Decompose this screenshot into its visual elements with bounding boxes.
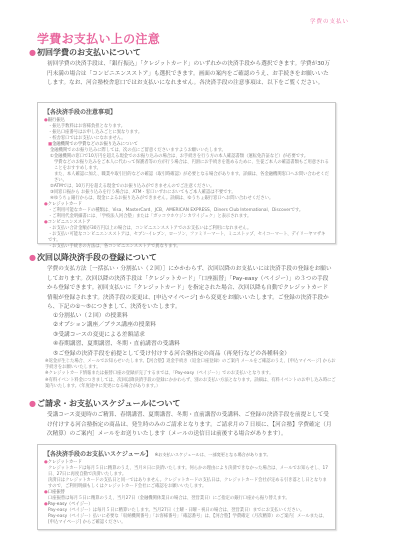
bullet-dot-icon: ● — [29, 48, 36, 57]
box-title: 【各決済手段の注意事項】 — [44, 107, 335, 116]
bank-label-text: 銀行振込 — [48, 118, 65, 123]
section1-paragraph: 初回学費の決済手段は、「銀行振込」「クレジットカード」のいずれかの決済手段から選… — [47, 60, 333, 89]
bullet-dot-icon: ● — [29, 253, 36, 262]
section3-heading: ●ご請求・お支払いスケジュールについて — [29, 398, 180, 409]
schedule-credit-line: クレジットカードは毎月５日に精算のうえ、当月８日に決済いたします。何らかの理由に… — [48, 466, 329, 478]
schedule-box-note: ※お支払いスケジュールは、一部変更となる場合があります。 — [155, 452, 271, 457]
list-item: ③受講コースの変更による差額請求 — [53, 331, 290, 340]
bank-sub-label-text: 金融機関での学費などのお振り込みについて — [52, 142, 138, 147]
note-item: ※有料イベント料金につきましては、次回以降決済手段の登録にかかわらず、別のお支払… — [45, 378, 337, 390]
section3-heading-text: ご請求・お支払いスケジュールについて — [37, 399, 180, 408]
billing-items-list: ①分割払い（２回）の授業料 ②オプション講座／プラス講座の授業料 ③受講コースの… — [53, 312, 290, 359]
list-item: ④春期講習、夏期講習、冬期・直前講習の受講料 — [53, 340, 290, 349]
page-title: 学費お支払い上の注意 — [37, 30, 160, 47]
list-item: ⑤ご登録の決済手段を前提として受け付けする河合塾指定の商品（再発行などの各種料金… — [53, 350, 290, 359]
list-item: ②オプション講座／プラス講座の授業料 — [53, 321, 290, 330]
bank-sub-line: また、本人確認に加え、職業や取引目的などの確認（取引時確認）が必要となる場合があ… — [54, 172, 329, 184]
schedule-payeasy-line: Pay-easy（ペイジー）払いに必要な「収納機関番号」「お客様番号」「確認番号… — [48, 514, 329, 526]
credit-label-text: クレジットカード — [48, 202, 82, 207]
schedule-box-title: 【各決済手段のお支払いスケジュール】※お支払いスケジュールは、一部変更となる場合… — [44, 449, 335, 458]
bullet-dot-icon: ● — [29, 399, 36, 408]
schedule-box-title-text: 【各決済手段のお支払いスケジュール】 — [44, 451, 152, 458]
schedule-payeasy-label-text: Pay-easy（ペイジー） — [48, 502, 93, 507]
bank-sub-line: 学費などのお振り込みをご本人に代わって保護者等の方が行う場合は、円滑にお手続きを… — [54, 160, 329, 172]
section1-heading-text: 初回学費のお支払いについて — [37, 48, 141, 57]
payment-notes-box: 【各決済手段の注意事項】 ●銀行振込 ・振込手数料はお客様負担となります。 ・振… — [37, 102, 336, 244]
schedule-account-label-text: 口座振替 — [48, 490, 65, 495]
schedule-credit-label-text: クレジットカード — [48, 460, 82, 465]
section2-heading: ●次回以降決済手段の登録について — [29, 252, 157, 263]
schedule-credit-line: 決済日はクレジットカードの支払日と同一ではありません。クレジットカードの支払日は… — [48, 478, 329, 490]
note-item: ※返金が生じた場合、メールでお知らせいたします。【河合塾】返金手続き（返金口座登… — [45, 359, 337, 371]
list-item: ①分割払い（２回）の授業料 — [53, 312, 290, 321]
convenience-label-text: コンビニエンスストア — [48, 220, 91, 225]
section2-heading-text: 次回以降決済手段の登録について — [37, 253, 157, 262]
header-tag: 学費の支払い — [310, 17, 349, 25]
section2-notes: ※返金が生じた場合、メールでお知らせいたします。【河合塾】返金手続き（返金口座登… — [45, 359, 337, 390]
section3-paragraph: 受講コース変更時のご精算、春期講習、夏期講習、冬期・直前講習の受講料、ご登録の決… — [47, 411, 333, 440]
convenience-line: ・お支払い手続きの方法は、各コンビニエンスストアで異なります。 — [48, 244, 329, 250]
section2-paragraph: 学費の支払方法［一括払い・分割払い（２回）］にかかわらず、次回以降のお支払いには… — [47, 265, 333, 313]
schedule-box: 【各決済手段のお支払いスケジュール】※お支払いスケジュールは、一部変更となる場合… — [37, 444, 336, 530]
section1-heading: ●初回学費のお支払いについて — [29, 47, 141, 58]
convenience-line: ・お支払い可能なコンビニエンスストアは、セブン-イレブン、ローソン、ファミリーマ… — [48, 232, 329, 244]
